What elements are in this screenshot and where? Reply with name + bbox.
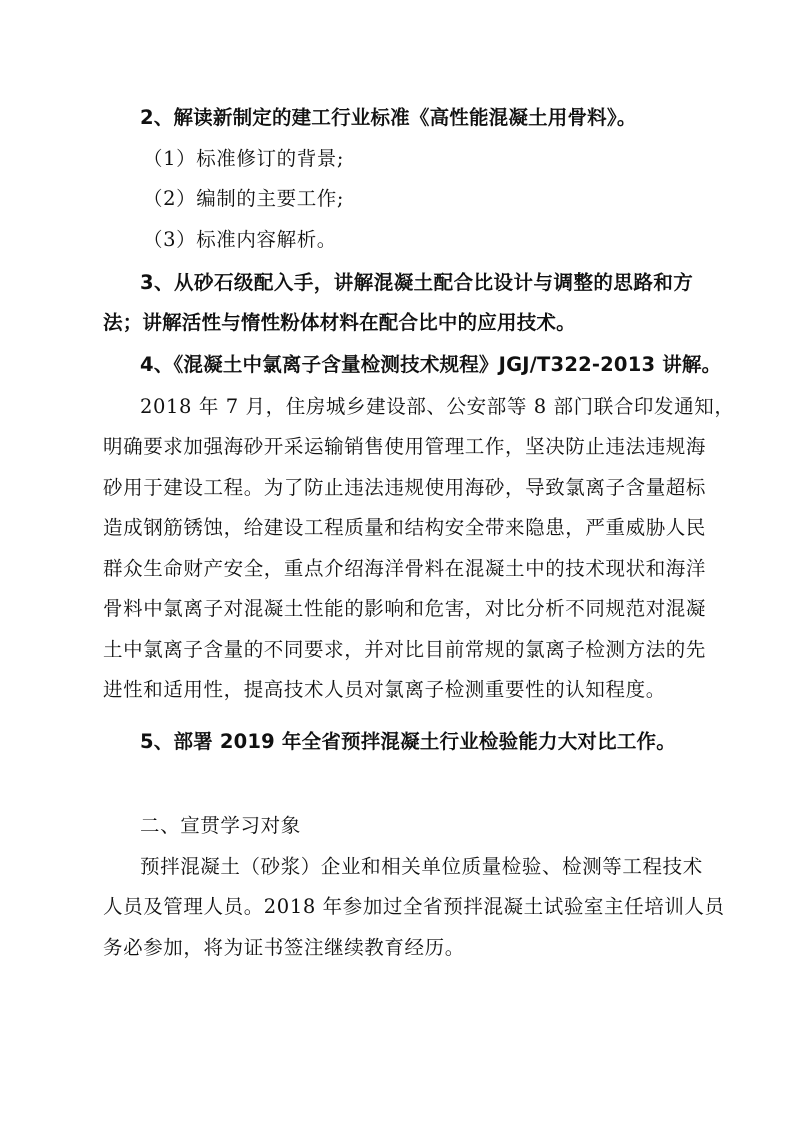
item-4-paragraph-line-3: 砂用于建设工程。为了防止违法违规使用海砂，导致氯离子含量超标 xyxy=(103,476,693,500)
item-4-paragraph-line-7: 土中氯离子含量的不同要求，并对比目前常规的氯离子检测方法的先 xyxy=(103,638,693,662)
document-page: 2、解读新制定的建工行业标准《高性能混凝土用骨料》。 （1）标准修订的背景; （… xyxy=(0,0,794,1123)
item-2-subitem-3: （3）标准内容解析。 xyxy=(143,228,733,252)
item-4-title: 4、《混凝土中氯离子含量检测技术规程》JGJ/T322-2013 讲解。 xyxy=(140,353,730,377)
section-2-heading: 二、宣贯学习对象 xyxy=(140,814,730,838)
item-4-paragraph-line-1: 2018 年 7 月，住房城乡建设部、公安部等 8 部门联合印发通知， xyxy=(140,395,693,419)
section-2-paragraph-line-2: 人员及管理人员。2018 年参加过全省预拌混凝土试验室主任培训人员 xyxy=(103,895,693,919)
item-4-paragraph-line-2: 明确要求加强海砂开采运输销售使用管理工作，坚决防止违法违规海 xyxy=(103,435,693,459)
section-2-paragraph-line-3: 务必参加，将为证书签注继续教育经历。 xyxy=(103,936,693,960)
item-2-subitem-2: （2）编制的主要工作; xyxy=(143,187,733,211)
item-2-title: 2、解读新制定的建工行业标准《高性能混凝土用骨料》。 xyxy=(140,106,730,130)
item-5-title: 5、部署 2019 年全省预拌混凝土行业检验能力大对比工作。 xyxy=(140,730,730,754)
section-2-paragraph-line-1: 预拌混凝土（砂浆）企业和相关单位质量检验、检测等工程技术 xyxy=(140,855,693,879)
item-4-paragraph-line-6: 骨料中氯离子对混凝土性能的影响和危害，对比分析不同规范对混凝 xyxy=(103,597,693,621)
item-4-paragraph-line-8: 进性和适用性，提高技术人员对氯离子检测重要性的认知程度。 xyxy=(103,678,693,702)
item-3-line-2: 法；讲解活性与惰性粉体材料在配合比中的应用技术。 xyxy=(103,311,693,335)
item-4-paragraph-line-5: 群众生命财产安全，重点介绍海洋骨料在混凝土中的技术现状和海洋 xyxy=(103,557,693,581)
item-2-subitem-1: （1）标准修订的背景; xyxy=(143,147,733,171)
item-3-line-1: 3、从砂石级配入手，讲解混凝土配合比设计与调整的思路和方 xyxy=(140,271,693,295)
item-4-paragraph-line-4: 造成钢筋锈蚀，给建设工程质量和结构安全带来隐患，严重威胁人民 xyxy=(103,516,693,540)
